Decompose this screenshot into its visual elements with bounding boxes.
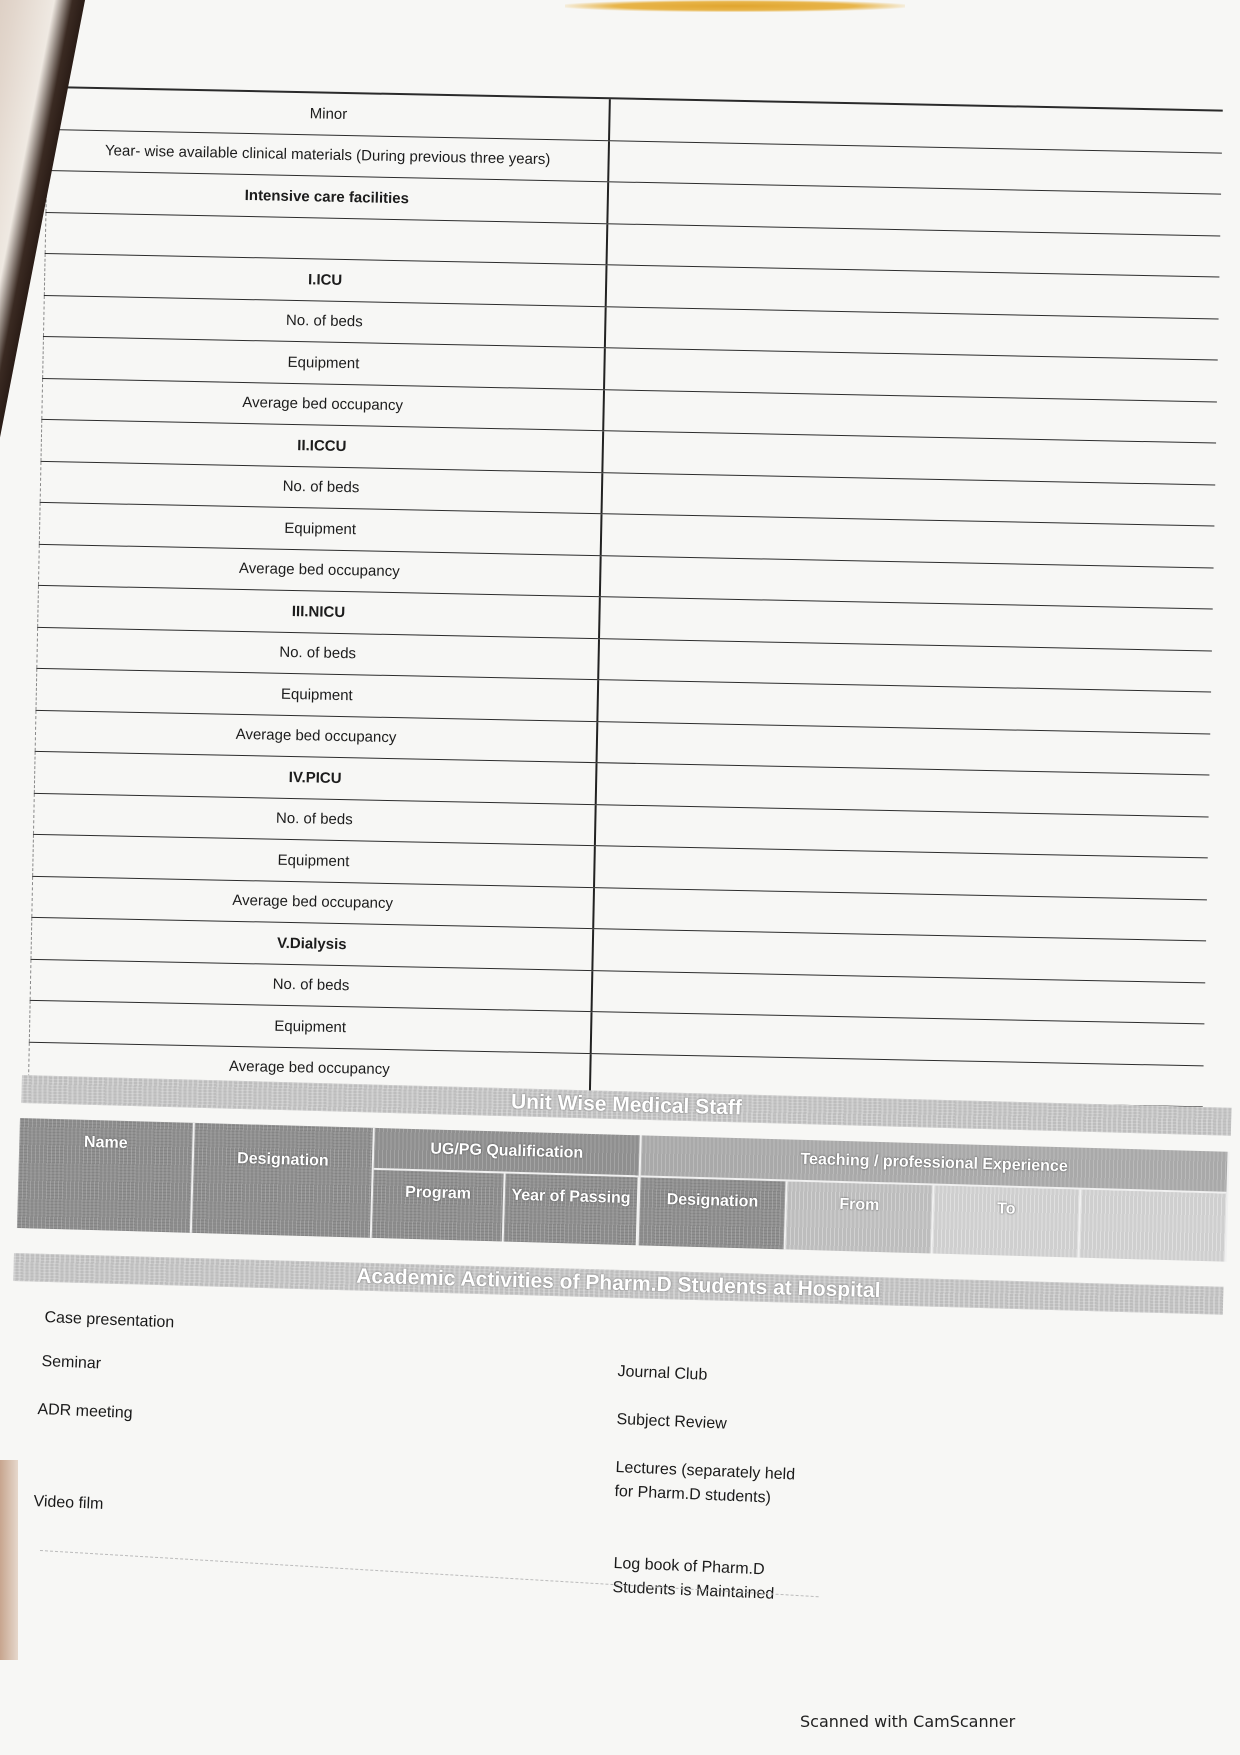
- ug-pg-qualification-title: UG/PG Qualification: [374, 1128, 640, 1177]
- col-from: From: [786, 1181, 935, 1253]
- col-to: To: [933, 1186, 1082, 1258]
- top-edge-highlight: [565, 0, 905, 12]
- col-name: Name: [17, 1118, 195, 1233]
- col-extra: [1080, 1190, 1227, 1262]
- academic-section-banner: Academic Activities of Pharm.D Students …: [13, 1253, 1223, 1315]
- activity-item: Journal Club: [617, 1360, 708, 1388]
- col-program: Program: [372, 1170, 506, 1242]
- page-edge-shadow: [0, 1460, 18, 1660]
- activity-item: Log book of Pharm.D Students is Maintain…: [612, 1552, 824, 1609]
- scanned-page: MinorYear- wise available clinical mater…: [0, 0, 1240, 1755]
- scanner-watermark: Scanned with CamScanner: [800, 1712, 1015, 1731]
- col-group-ug-pg-qualification: UG/PG Qualification Program Year of Pass…: [372, 1128, 642, 1245]
- activity-item: Seminar: [41, 1350, 102, 1376]
- activity-item: Subject Review: [616, 1408, 727, 1437]
- col-teaching-designation: Designation: [639, 1177, 788, 1249]
- col-designation: Designation: [192, 1123, 375, 1238]
- academic-section-title: Academic Activities of Pharm.D Students …: [356, 1265, 881, 1304]
- facilities-table: MinorYear- wise available clinical mater…: [28, 86, 1223, 1107]
- activity-item: ADR meeting: [37, 1398, 133, 1426]
- col-year-of-passing: Year of Passing: [504, 1174, 638, 1246]
- activity-item: Video film: [33, 1490, 104, 1517]
- activity-item: Lectures (separately held for Pharm.D st…: [614, 1456, 806, 1512]
- col-group-teaching-experience: Teaching / professional Experience Desig…: [639, 1135, 1230, 1261]
- staff-section-title: Unit Wise Medical Staff: [511, 1090, 742, 1120]
- staff-table-header: Name Designation UG/PG Qualification Pro…: [17, 1118, 1230, 1262]
- activity-item: Case presentation: [44, 1306, 175, 1335]
